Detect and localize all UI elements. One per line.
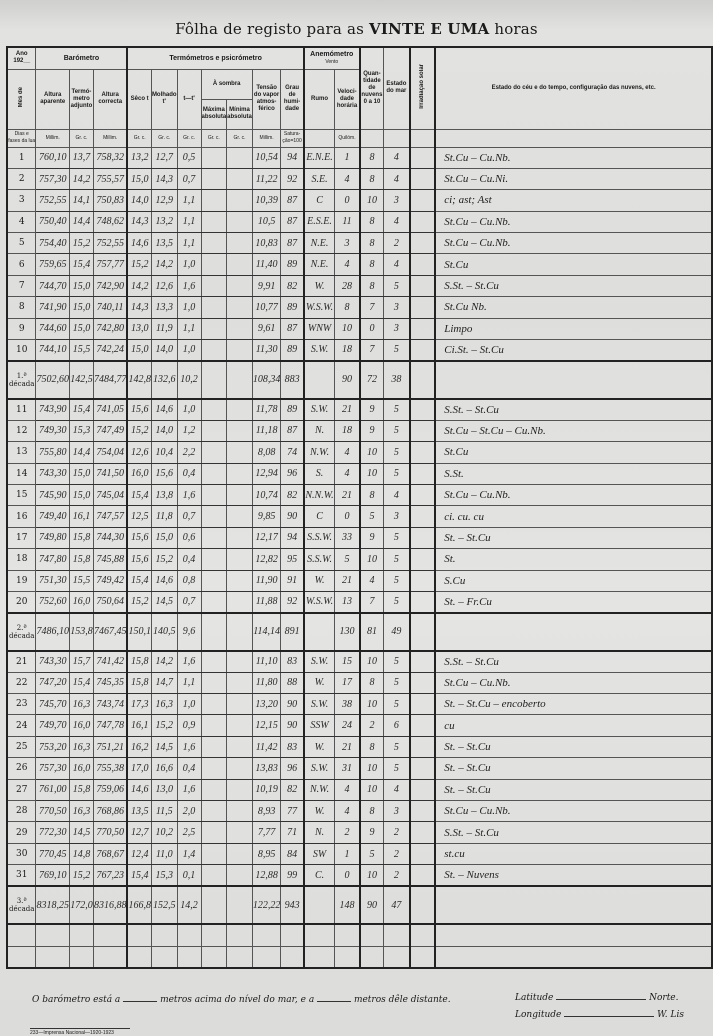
cell-nuv: 7 [360,297,384,318]
cell-irr [410,865,436,886]
day-number: 27 [7,779,36,800]
cell-seco: 14,3 [127,211,151,232]
cell-dif: 2,0 [177,801,201,822]
cell-max [201,779,227,800]
cell-rumo: C. [304,865,335,886]
cell-irr [410,233,436,254]
cell-alt: 743,30 [36,651,70,672]
cell-irr [410,463,436,484]
empty-cell [201,946,227,968]
cell-molh: 14,2 [151,254,177,275]
table-row: 6759,6515,4757,7715,214,21,011,4089N.E.4… [7,254,712,275]
cell-hum: 96 [281,758,304,779]
empty-cell [304,946,335,968]
cell-sky-state: st.cu [435,843,712,864]
cell-max [201,340,227,361]
cell-irr [410,549,436,570]
table-row: 1760,1013,7758,3213,212,70,510,5494E.N.E… [7,147,712,168]
cell-term: 15,0 [69,275,93,296]
cell-nuv: 72 [360,361,384,399]
cell-rumo [304,361,335,399]
cell-irr [410,651,436,672]
cell-mar: 2 [384,822,410,843]
cell-term: 16,3 [69,694,93,715]
cell-hum: 87 [281,190,304,211]
cell-term: 15,0 [69,484,93,505]
cell-term: 15,2 [69,233,93,254]
cell-vel: 130 [335,613,360,651]
cell-max [201,318,227,339]
table-row: 13755,8014,4754,0412,610,42,28,0874N.W.4… [7,442,712,463]
cell-hum: 92 [281,591,304,612]
cell-dif: 1,0 [177,297,201,318]
cell-seco: 15,6 [127,527,151,548]
min-header: Mínima absoluta [227,99,253,129]
cell-tens: 11,90 [252,570,281,591]
cell-rumo: W. [304,570,335,591]
cell-tens: 9,61 [252,318,281,339]
cell-rumo: W. [304,275,335,296]
cell-hum: 96 [281,463,304,484]
day-number: 23 [7,694,36,715]
empty-cell [151,924,177,946]
cell-vel: 2 [335,822,360,843]
page-title: Fôlha de registo para as VINTE E UMA hor… [0,20,713,38]
cell-nuv: 10 [360,442,384,463]
cell-min [227,715,253,736]
cell-term: 15,0 [69,463,93,484]
cell-molh: 16,6 [151,758,177,779]
cell-max [201,843,227,864]
cell-vel: 18 [335,340,360,361]
cell-hum: 87 [281,420,304,441]
decade-total-row: 2.ª década7486,10153,87467,45150,1140,59… [7,613,712,651]
decade-label: 3.ª década [7,886,36,924]
day-number: 22 [7,672,36,693]
cell-vel: 3 [335,233,360,254]
cell-term: 15,8 [69,527,93,548]
cell-tens: 11,30 [252,340,281,361]
unit-label [410,129,436,147]
cell-sky-state: St.Cu [435,442,712,463]
cell-sky-state: St.Cu – Cu.Nb. [435,484,712,505]
cell-hum: 90 [281,506,304,527]
cell-molh: 12,6 [151,275,177,296]
unit-label: Gr. c. [201,129,227,147]
cell-max [201,211,227,232]
cell-seco: 15,4 [127,570,151,591]
unit-label: Gr. c. [151,129,177,147]
cell-dif: 1,0 [177,254,201,275]
table-row: 4750,4014,4748,6214,313,21,110,587E.S.E.… [7,211,712,232]
day-number: 10 [7,340,36,361]
cell-corr: 741,42 [93,651,127,672]
cell-corr: 770,50 [93,822,127,843]
table-row: 28770,5016,3768,8613,511,52,08,9377W.483… [7,801,712,822]
cell-tens: 8,93 [252,801,281,822]
day-number: 13 [7,442,36,463]
empty-cell [151,946,177,968]
cell-max [201,736,227,757]
day-number: 8 [7,297,36,318]
cell-mar: 49 [384,613,410,651]
cell-term: 14,4 [69,442,93,463]
cell-rumo: N.E. [304,233,335,254]
cell-corr: 751,21 [93,736,127,757]
cell-min [227,442,253,463]
cell-dif: 1,6 [177,736,201,757]
cell-sky-state: S.Cu [435,570,712,591]
cell-dif: 1,2 [177,420,201,441]
cell-dif: 1,1 [177,190,201,211]
distance-field[interactable] [317,1001,351,1002]
cell-vel: 31 [335,758,360,779]
cell-corr: 745,35 [93,672,127,693]
cell-nuv: 10 [360,463,384,484]
cell-tens: 12,88 [252,865,281,886]
cell-term: 172,0 [69,886,93,924]
table-row: 26757,3016,0755,3817,016,60,413,8396S.W.… [7,758,712,779]
cell-rumo: SW [304,843,335,864]
cell-dif: 0,7 [177,591,201,612]
cell-dif: 1,6 [177,651,201,672]
longitude-field[interactable] [564,1016,654,1017]
cell-mar: 47 [384,886,410,924]
solar-irradiation-header: Irradiação solar [410,47,436,129]
table-row: 21743,3015,7741,4215,814,21,611,1083S.W.… [7,651,712,672]
cell-rumo: N.N.W. [304,484,335,505]
cell-corr: 749,42 [93,570,127,591]
cell-max [201,168,227,189]
cell-irr [410,758,436,779]
table-row: 3752,5514,1750,8314,012,91,110,3987C0103… [7,190,712,211]
cell-rumo: E.S.E. [304,211,335,232]
cell-tens: 13,83 [252,758,281,779]
cell-irr [410,715,436,736]
empty-cell [227,924,253,946]
cell-sky-state: cu [435,715,712,736]
cell-max [201,549,227,570]
cell-molh: 13,2 [151,211,177,232]
cell-mar: 4 [384,484,410,505]
cell-seco: 15,6 [127,549,151,570]
empty-cell [304,924,335,946]
cell-dif: 1,0 [177,399,201,420]
table-row: 10744,1015,5742,2415,014,01,011,3089S.W.… [7,340,712,361]
cell-sky-state: St.Cu – Cu.Nb. [435,672,712,693]
cell-hum: 77 [281,801,304,822]
cell-term: 16,0 [69,715,93,736]
cell-vel: 90 [335,361,360,399]
cell-hum: 92 [281,168,304,189]
cell-sky-state: S.St. – St.Cu [435,822,712,843]
cell-sky-state: ci; ast; Ast [435,190,712,211]
latitude-field[interactable] [556,999,646,1000]
cell-alt: 749,30 [36,420,70,441]
day-number: 26 [7,758,36,779]
empty-cell [410,946,436,968]
cell-max [201,527,227,548]
empty-cell [252,924,281,946]
day-number: 18 [7,549,36,570]
cell-term: 14,2 [69,168,93,189]
cell-irr [410,190,436,211]
cell-dif: 0,9 [177,715,201,736]
cell-vel: 24 [335,715,360,736]
cell-molh: 11,9 [151,318,177,339]
cell-seco: 15,2 [127,254,151,275]
cell-rumo: C [304,506,335,527]
cell-hum: 88 [281,672,304,693]
cell-rumo: S.W. [304,694,335,715]
cell-max [201,651,227,672]
cell-irr [410,340,436,361]
cell-molh: 14,7 [151,672,177,693]
cell-mar: 5 [384,275,410,296]
cell-term: 14,5 [69,822,93,843]
day-number: 9 [7,318,36,339]
empty-cell [177,946,201,968]
cell-seco: 17,3 [127,694,151,715]
corrected-height-header: Altura correcta [93,69,127,129]
day-number: 6 [7,254,36,275]
sea-state-header: Estado do mar [384,47,410,129]
table-row: 25753,2016,3751,2116,214,51,611,4283W.21… [7,736,712,757]
cell-tens: 10,19 [252,779,281,800]
cell-mar: 6 [384,715,410,736]
cell-corr: 744,30 [93,527,127,548]
cell-max [201,613,227,651]
cell-corr: 768,86 [93,801,127,822]
cell-tens: 8,95 [252,843,281,864]
cell-min [227,613,253,651]
cell-nuv: 8 [360,736,384,757]
table-row: 5754,4015,2752,5514,613,51,110,8387N.E.3… [7,233,712,254]
cell-alt: 769,10 [36,865,70,886]
cell-min [227,886,253,924]
register-table: Ano 192__ Barómetro Termómetros e psicró… [6,46,713,969]
empty-cell [435,946,712,968]
cell-alt: 749,80 [36,527,70,548]
cell-corr: 741,05 [93,399,127,420]
cell-mar: 5 [384,442,410,463]
cell-molh: 12,7 [151,147,177,168]
cell-sky-state: St.Cu – Cu.Nb. [435,147,712,168]
cell-alt: 757,30 [36,758,70,779]
cell-corr: 745,88 [93,549,127,570]
cell-rumo: W.S.W. [304,591,335,612]
cell-vel: 1 [335,843,360,864]
cell-max [201,506,227,527]
cell-nuv: 8 [360,211,384,232]
cell-corr: 767,23 [93,865,127,886]
cell-sky-state: S.St. – St.Cu [435,275,712,296]
cell-hum: 95 [281,549,304,570]
cell-corr: 748,62 [93,211,127,232]
cell-corr: 750,64 [93,591,127,612]
cell-corr: 757,77 [93,254,127,275]
cell-min [227,211,253,232]
cell-mar: 5 [384,420,410,441]
cell-molh: 14,2 [151,651,177,672]
cell-tens: 7,77 [252,822,281,843]
thermometers-header: Termómetros e psicrómetro [127,47,303,69]
cell-corr: 750,83 [93,190,127,211]
cell-rumo: N. [304,420,335,441]
cell-alt: 743,90 [36,399,70,420]
cell-nuv: 10 [360,694,384,715]
cell-hum: 89 [281,297,304,318]
day-number: 24 [7,715,36,736]
cell-sky-state: S.St. – St.Cu [435,399,712,420]
table-row: 15745,9015,0745,0415,413,81,610,7482N.N.… [7,484,712,505]
cell-nuv: 7 [360,591,384,612]
cell-dif: 1,1 [177,672,201,693]
cell-rumo: C [304,190,335,211]
unit-label [435,129,712,147]
cell-rumo: N.E. [304,254,335,275]
cell-tens: 10,39 [252,190,281,211]
cell-molh: 11,0 [151,843,177,864]
cell-tens: 12,17 [252,527,281,548]
empty-cell [36,924,70,946]
cell-max [201,758,227,779]
cell-vel: 17 [335,672,360,693]
wind-speed-header: Veloci-dade horária [335,69,360,129]
day-number: 29 [7,822,36,843]
cell-term: 15,4 [69,399,93,420]
cell-mar: 2 [384,843,410,864]
cell-rumo: E.N.E. [304,147,335,168]
cell-hum: 87 [281,211,304,232]
cell-rumo: W.S.W. [304,297,335,318]
day-number: 20 [7,591,36,612]
day-number: 30 [7,843,36,864]
cell-corr: 754,04 [93,442,127,463]
cell-term: 15,5 [69,570,93,591]
table-row: 27761,0015,8759,0614,613,01,610,1982N.W.… [7,779,712,800]
cell-max [201,420,227,441]
cell-sky-state: ci. cu. cu [435,506,712,527]
cell-dif: 0,7 [177,168,201,189]
cell-corr: 8316,88 [93,886,127,924]
cell-dif: 0,4 [177,463,201,484]
day-number: 16 [7,506,36,527]
cell-sky-state: St. [435,549,712,570]
altitude-field[interactable] [123,1001,157,1002]
table-row: 14743,3015,0741,5016,015,60,412,9496S.41… [7,463,712,484]
cell-hum: 94 [281,147,304,168]
cell-sky-state: S.St. [435,463,712,484]
cell-vel: 4 [335,463,360,484]
cell-vel: 5 [335,549,360,570]
cell-molh: 10,4 [151,442,177,463]
table-row: 22747,2015,4745,3515,814,71,111,8088W.17… [7,672,712,693]
unit-label: Quilóm. [335,129,360,147]
table-row: 16749,4016,1747,5712,511,80,79,8590C053c… [7,506,712,527]
cell-sky-state: S.St. – St.Cu [435,651,712,672]
cell-vel: 21 [335,736,360,757]
cell-tens: 11,88 [252,591,281,612]
cell-vel: 0 [335,190,360,211]
cell-rumo [304,886,335,924]
cell-irr [410,527,436,548]
cell-dif: 0,1 [177,865,201,886]
cell-vel: 33 [335,527,360,548]
cell-sky-state: St. – St.Cu [435,527,712,548]
cell-dif: 1,0 [177,694,201,715]
cell-term: 15,8 [69,549,93,570]
cell-min [227,484,253,505]
day-number: 28 [7,801,36,822]
day-number: 15 [7,484,36,505]
cell-molh: 16,3 [151,694,177,715]
cell-irr [410,570,436,591]
cell-corr: 742,24 [93,340,127,361]
unit-label [384,129,410,147]
cell-seco: 15,2 [127,420,151,441]
cell-sky-state: St.Cu – Cu.Ni. [435,168,712,189]
cell-vel: 10 [335,318,360,339]
cell-molh: 14,5 [151,736,177,757]
cell-rumo [304,613,335,651]
cell-hum: 94 [281,527,304,548]
cell-alt: 751,30 [36,570,70,591]
cell-molh: 13,3 [151,297,177,318]
cell-term: 142,5 [69,361,93,399]
cell-corr: 743,74 [93,694,127,715]
barometer-note: O barómetro está a metros acima do nível… [32,995,451,1005]
cell-nuv: 10 [360,779,384,800]
day-number: 1 [7,147,36,168]
cell-mar: 5 [384,399,410,420]
cell-term: 16,1 [69,506,93,527]
cell-sky-state: St. – St.Cu – encoberto [435,694,712,715]
cell-irr [410,399,436,420]
cell-seco: 15,8 [127,672,151,693]
cell-hum: 89 [281,399,304,420]
empty-cell [410,924,436,946]
cell-sky-state: Limpo [435,318,712,339]
cell-min [227,340,253,361]
cell-nuv: 4 [360,570,384,591]
cell-irr [410,147,436,168]
cell-corr: 759,06 [93,779,127,800]
cell-dif: 9,6 [177,613,201,651]
cell-irr [410,297,436,318]
cell-molh: 15,2 [151,549,177,570]
cell-alt: 772,30 [36,822,70,843]
cell-sky-state: St. – Fr.Cu [435,591,712,612]
cell-nuv: 8 [360,168,384,189]
cell-irr [410,168,436,189]
cell-corr: 758,32 [93,147,127,168]
cell-seco: 12,7 [127,822,151,843]
cell-mar: 5 [384,549,410,570]
cell-hum: 943 [281,886,304,924]
cell-vel: 11 [335,211,360,232]
empty-cell [335,924,360,946]
cell-sky-state: St.Cu – Cu.Nb. [435,233,712,254]
cell-alt: 752,60 [36,591,70,612]
cell-alt: 749,40 [36,506,70,527]
cell-dif: 1,1 [177,211,201,232]
cell-molh: 11,5 [151,801,177,822]
cell-vel: 38 [335,694,360,715]
cell-tens: 10,77 [252,297,281,318]
cell-corr: 7484,77 [93,361,127,399]
cell-tens: 108,34 [252,361,281,399]
